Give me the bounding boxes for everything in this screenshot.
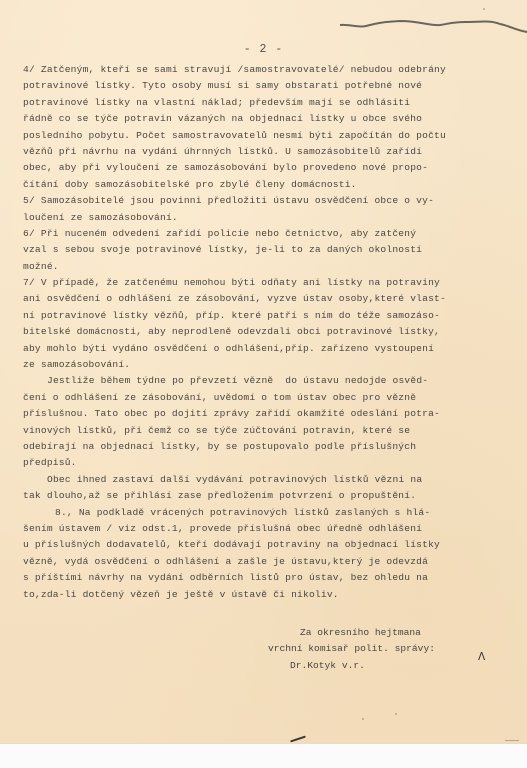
text-line: 8., Na podkladě vrácených potravinových … bbox=[23, 505, 503, 521]
scan-margin bbox=[0, 743, 527, 768]
text-line: vzal s sebou svoje potravinové lístky, j… bbox=[23, 242, 503, 258]
signature-block: Za okresního hejtmana vrchní komisař pol… bbox=[268, 625, 435, 674]
paragraph-item-4: 4/ Zatčeným, kteří se sami stravují /sam… bbox=[23, 62, 503, 193]
paragraph-item-5: 5/ Samozásobitelé jsou povinni předložit… bbox=[23, 193, 503, 226]
text-line: vinových lístků, při čemž co se týče zúč… bbox=[23, 423, 503, 439]
paragraph-item-8: 8., Na podkladě vrácených potravinových … bbox=[23, 505, 503, 603]
scanned-page: - 2 - 4/ Zatčeným, kteří se sami stravuj… bbox=[0, 0, 527, 743]
text-line: posledního pobytu. Počet samostravovatel… bbox=[23, 128, 503, 144]
paragraph-item-6: 6/ Při nuceném odvedení zařídí policie n… bbox=[23, 226, 503, 275]
text-line: potravinové lístky na vlastní náklad; př… bbox=[23, 95, 503, 111]
text-line: možné. bbox=[23, 259, 503, 275]
signature-name: Dr.Kotyk v.r. bbox=[268, 658, 435, 674]
text-line: 7/ V případě, že zatčenému nemohou býti … bbox=[23, 275, 503, 291]
paper-tear-edge bbox=[340, 12, 527, 42]
paper-speck bbox=[395, 713, 397, 715]
text-line: obec, aby při vyloučení ze samozásobován… bbox=[23, 160, 503, 176]
text-line: Obec ihned zastaví další vydávání potrav… bbox=[23, 472, 503, 488]
text-line: potravinové lístky. Tyto osoby musí si s… bbox=[23, 78, 503, 94]
paragraph-item-7: 7/ V případě, že zatčenému nemohou býti … bbox=[23, 275, 503, 373]
text-line: čítání doby samozásobitelské pro zbylé č… bbox=[23, 177, 503, 193]
text-line: 5/ Samozásobitelé jsou povinni předložit… bbox=[23, 193, 503, 209]
text-line: vězně, vydá osvědčení o odhlášení a zašl… bbox=[23, 554, 503, 570]
text-line: předpisů. bbox=[23, 455, 503, 471]
paper-speck bbox=[483, 8, 485, 10]
paragraph-paragraph-week: Jestliže během týdne po převzetí vězně d… bbox=[23, 373, 503, 471]
paper-speck bbox=[362, 718, 364, 720]
text-line: tak dlouho,až se přihlásí zase předložen… bbox=[23, 488, 503, 504]
text-line: šením ústavem / viz odst.1, provede přís… bbox=[23, 521, 503, 537]
document-body: 4/ Zatčeným, kteří se sami stravují /sam… bbox=[23, 62, 503, 603]
text-line: to,zda-li dotčený vězeň je ještě v ústav… bbox=[23, 587, 503, 603]
text-line: příslušnou. Tato obec po dojití zprávy z… bbox=[23, 406, 503, 422]
text-line: 4/ Zatčeným, kteří se sami stravují /sam… bbox=[23, 62, 503, 78]
text-line: u příslušných dodavatelů, kteří dodávají… bbox=[23, 537, 503, 553]
text-line: ze samozásobování. bbox=[23, 357, 503, 373]
text-line: aby mohlo býti vydáno osvědčení o odhláš… bbox=[23, 341, 503, 357]
signature-title: vrchní komisař polit. správy: bbox=[268, 641, 435, 657]
text-line: bitelské domácnosti, aby neprodleně odev… bbox=[23, 324, 503, 340]
text-line: 6/ Při nuceném odvedení zařídí policie n… bbox=[23, 226, 503, 242]
text-line: odebírají na objednací lístky, by se pos… bbox=[23, 439, 503, 455]
text-line: ani osvědčení o odhlášení ze zásobování,… bbox=[23, 291, 503, 307]
signature-office: Za okresního hejtmana bbox=[268, 625, 435, 641]
page-number: - 2 - bbox=[0, 43, 527, 56]
text-line: vězňů při návrhu na vydání úhrnných líst… bbox=[23, 144, 503, 160]
handwritten-mark: Ʌ bbox=[478, 650, 485, 664]
paragraph-paragraph-obec: Obec ihned zastaví další vydávání potrav… bbox=[23, 472, 503, 505]
text-line: s příštími návrhy na vydání odběrních li… bbox=[23, 570, 503, 586]
pen-stroke-mark bbox=[290, 736, 306, 743]
text-line: Jestliže během týdne po převzetí vězně d… bbox=[23, 373, 503, 389]
paper-speck bbox=[505, 740, 519, 741]
text-line: řádně co se týče potravin vázaných na ob… bbox=[23, 111, 503, 127]
text-line: ní potravinové lístky vězňů, příp. které… bbox=[23, 308, 503, 324]
text-line: čení o odhlášení ze zásobování, uvědomí … bbox=[23, 390, 503, 406]
text-line: loučení ze samozásobování. bbox=[23, 210, 503, 226]
